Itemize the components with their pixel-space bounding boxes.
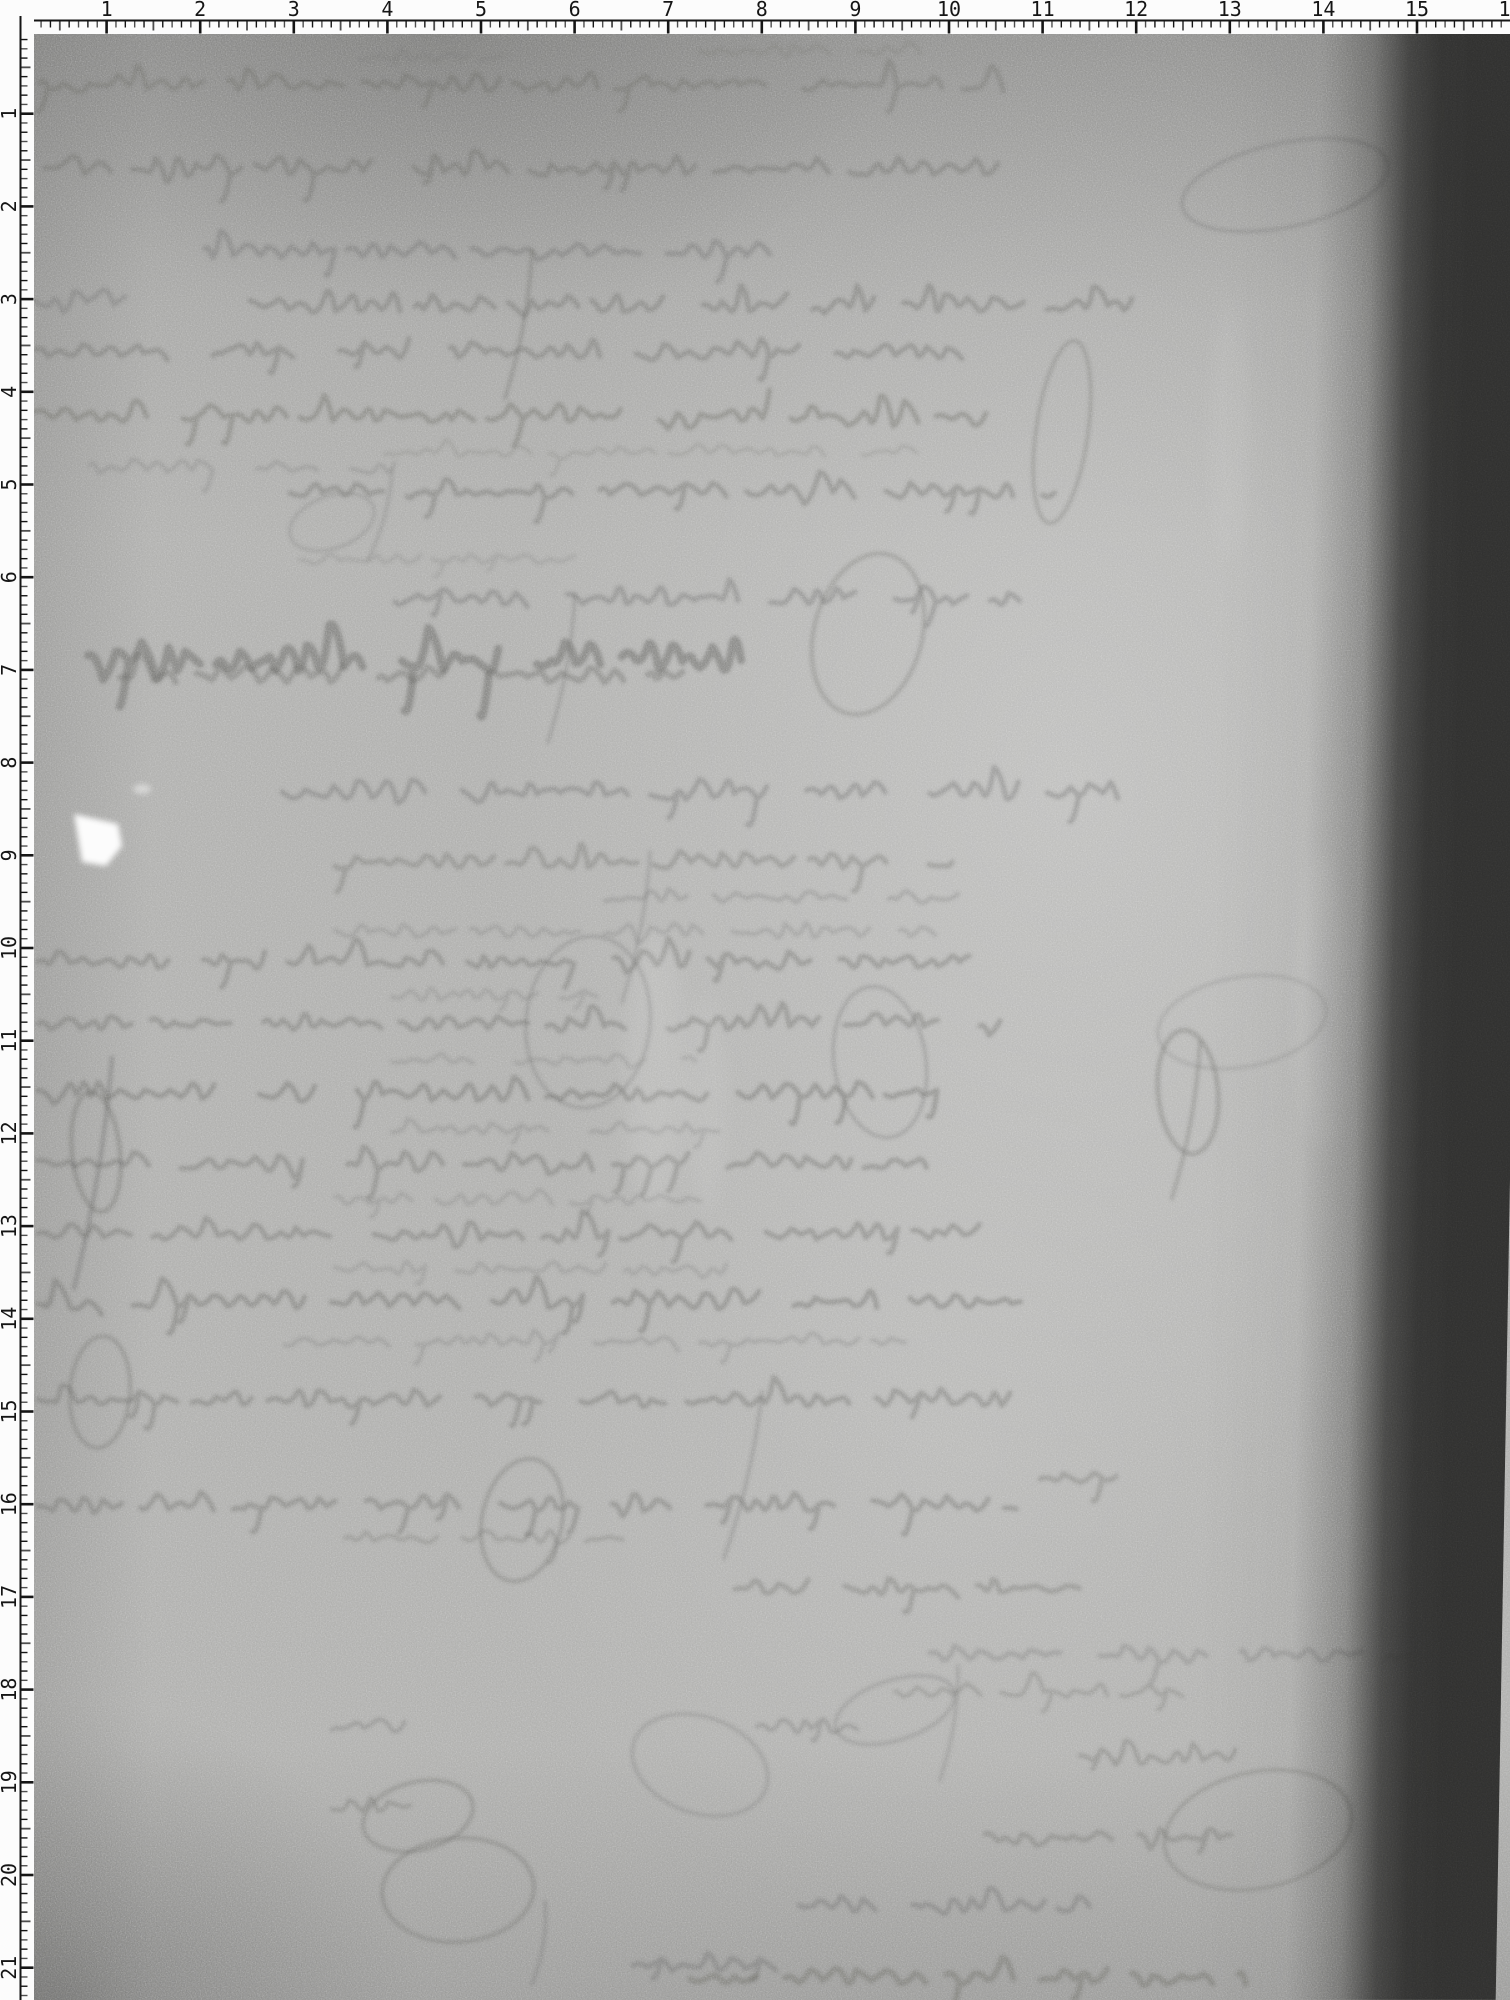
left-ruler-number: 15 — [0, 1399, 21, 1423]
left-ruler-number: 14 — [0, 1307, 21, 1331]
left-ruler-number: 5 — [0, 478, 21, 490]
left-ruler-number: 10 — [0, 936, 21, 960]
top-ruler-number: 5 — [475, 0, 487, 21]
top-ruler-number: 16 — [1499, 0, 1510, 21]
left-ruler: 123456789101112131415161718192021 — [0, 0, 34, 2000]
left-ruler-number: 3 — [0, 293, 21, 305]
left-ruler-number: 13 — [0, 1214, 21, 1238]
left-ruler-number: 1 — [0, 108, 21, 120]
left-ruler-number: 2 — [0, 200, 21, 212]
left-ruler-number: 17 — [0, 1585, 21, 1609]
left-ruler-number: 12 — [0, 1121, 21, 1145]
top-ruler-number: 10 — [937, 0, 961, 21]
top-ruler: 012345678910111213141516 — [0, 0, 1510, 34]
top-ruler-number: 8 — [756, 0, 768, 21]
left-ruler-number: 6 — [0, 571, 21, 583]
top-ruler-number: 12 — [1124, 0, 1148, 21]
left-ruler-number: 20 — [0, 1863, 21, 1887]
scanned-manuscript: 0123456789101112131415161234567891011121… — [0, 0, 1510, 2000]
top-ruler-number: 6 — [569, 0, 581, 21]
left-ruler-number: 11 — [0, 1029, 21, 1053]
left-ruler-number: 16 — [0, 1492, 21, 1516]
top-ruler-number: 15 — [1405, 0, 1429, 21]
top-ruler-number: 7 — [662, 0, 674, 21]
top-ruler-number: 11 — [1031, 0, 1055, 21]
measurement-rulers: 0123456789101112131415161234567891011121… — [0, 0, 1510, 2000]
left-ruler-number: 9 — [0, 849, 21, 861]
left-ruler-number: 4 — [0, 386, 21, 398]
top-ruler-number: 1 — [101, 0, 113, 21]
top-ruler-number: 9 — [849, 0, 861, 21]
left-ruler-number: 7 — [0, 664, 21, 676]
top-ruler-number: 14 — [1311, 0, 1335, 21]
top-ruler-number: 4 — [381, 0, 393, 21]
top-ruler-number: 2 — [194, 0, 206, 21]
left-ruler-number: 21 — [0, 1956, 21, 1980]
left-ruler-number: 18 — [0, 1678, 21, 1702]
top-ruler-number: 13 — [1218, 0, 1242, 21]
left-ruler-number: 19 — [0, 1770, 21, 1794]
left-ruler-number: 8 — [0, 757, 21, 769]
top-ruler-number: 3 — [288, 0, 300, 21]
